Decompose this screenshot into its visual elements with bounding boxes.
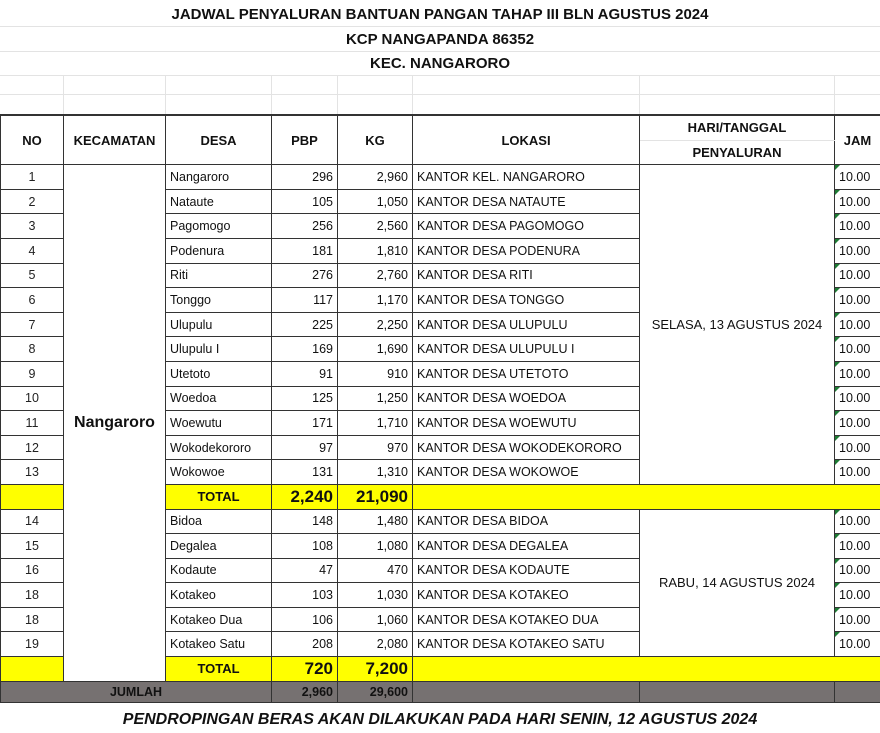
spreadsheet: JADWAL PENYALURAN BANTUAN PANGAN TAHAP I…: [0, 0, 880, 733]
lokasi-cell: KANTOR DESA ULUPULU: [413, 312, 640, 337]
jumlah-kg: 29,600: [338, 681, 413, 702]
date-cell: RABU, 14 AGUSTUS 2024: [640, 509, 835, 657]
lokasi-cell: KANTOR DESA KODAUTE: [413, 558, 640, 583]
row-no: 11: [1, 411, 64, 436]
lokasi-cell: KANTOR DESA KOTAKEO DUA: [413, 607, 640, 632]
desa-cell: Wokodekororo: [166, 435, 272, 460]
jam-cell: 10.00: [835, 165, 880, 190]
row-no: 13: [1, 460, 64, 485]
jam-cell: 10.00: [835, 238, 880, 263]
pbp-cell: 171: [272, 411, 338, 436]
jam-cell: 10.00: [835, 411, 880, 436]
lokasi-cell: KANTOR DESA UTETOTO: [413, 361, 640, 386]
desa-cell: Degalea: [166, 534, 272, 559]
lokasi-cell: KANTOR KEL. NANGARORO: [413, 165, 640, 190]
header-no: NO: [1, 115, 64, 165]
desa-cell: Ulupulu: [166, 312, 272, 337]
desa-cell: Bidoa: [166, 509, 272, 534]
kg-cell: 910: [338, 361, 413, 386]
grid-divider: [639, 75, 640, 114]
lokasi-cell: KANTOR DESA DEGALEA: [413, 534, 640, 559]
kg-cell: 2,960: [338, 165, 413, 190]
header-kg: KG: [338, 115, 413, 165]
kg-cell: 1,060: [338, 607, 413, 632]
kg-cell: 2,250: [338, 312, 413, 337]
pbp-cell: 225: [272, 312, 338, 337]
jam-cell: 10.00: [835, 583, 880, 608]
row-no: 8: [1, 337, 64, 362]
total-pbp: 720: [272, 657, 338, 682]
grand-total-row: JUMLAH2,96029,600: [1, 681, 880, 702]
jam-cell: 10.00: [835, 263, 880, 288]
kg-cell: 1,690: [338, 337, 413, 362]
desa-cell: Kotakeo: [166, 583, 272, 608]
row-no: 3: [1, 214, 64, 239]
jam-cell: 10.00: [835, 460, 880, 485]
total-label: TOTAL: [166, 484, 272, 509]
pbp-cell: 296: [272, 165, 338, 190]
lokasi-cell: KANTOR DESA PAGOMOGO: [413, 214, 640, 239]
pbp-cell: 208: [272, 632, 338, 657]
lokasi-cell: KANTOR DESA ULUPULU I: [413, 337, 640, 362]
kg-cell: 2,560: [338, 214, 413, 239]
lokasi-cell: KANTOR DESA WOKOWOE: [413, 460, 640, 485]
jumlah-filler: [640, 681, 835, 702]
pbp-cell: 125: [272, 386, 338, 411]
header-penyaluran: PENYALURAN: [640, 140, 835, 165]
pbp-cell: 117: [272, 288, 338, 313]
jumlah-filler: [835, 681, 880, 702]
sheet-title: JADWAL PENYALURAN BANTUAN PANGAN TAHAP I…: [0, 2, 880, 27]
row-no: 5: [1, 263, 64, 288]
grid-divider: [165, 75, 166, 114]
grid-divider: [63, 75, 64, 114]
lokasi-cell: KANTOR DESA BIDOA: [413, 509, 640, 534]
grid-divider: [271, 75, 272, 114]
row-no: 19: [1, 632, 64, 657]
jam-cell: 10.00: [835, 534, 880, 559]
total-kg: 7,200: [338, 657, 413, 682]
pbp-cell: 276: [272, 263, 338, 288]
total-filler: [413, 484, 880, 509]
row-no: 15: [1, 534, 64, 559]
desa-cell: Tonggo: [166, 288, 272, 313]
desa-cell: Woedoa: [166, 386, 272, 411]
sheet-subtitle: KCP NANGAPANDA 86352: [0, 27, 880, 52]
jam-cell: 10.00: [835, 435, 880, 460]
pbp-cell: 256: [272, 214, 338, 239]
jam-cell: 10.00: [835, 558, 880, 583]
table-row: 1NangaroroNangaroro2962,960KANTOR KEL. N…: [1, 165, 880, 190]
desa-cell: Podenura: [166, 238, 272, 263]
row-no: 10: [1, 386, 64, 411]
kg-cell: 1,030: [338, 583, 413, 608]
jam-cell: 10.00: [835, 214, 880, 239]
lokasi-cell: KANTOR DESA WOKODEKORORO: [413, 435, 640, 460]
header-desa: DESA: [166, 115, 272, 165]
lokasi-cell: KANTOR DESA NATAUTE: [413, 189, 640, 214]
jumlah-filler: [413, 681, 640, 702]
jam-cell: 10.00: [835, 337, 880, 362]
kg-cell: 1,080: [338, 534, 413, 559]
pbp-cell: 108: [272, 534, 338, 559]
desa-cell: Nataute: [166, 189, 272, 214]
pbp-cell: 97: [272, 435, 338, 460]
header-pbp: PBP: [272, 115, 338, 165]
row-no: 18: [1, 607, 64, 632]
desa-cell: Riti: [166, 263, 272, 288]
row-no: 18: [1, 583, 64, 608]
desa-cell: Nangaroro: [166, 165, 272, 190]
total-no-cell: [1, 484, 64, 509]
row-no: 2: [1, 189, 64, 214]
kg-cell: 1,170: [338, 288, 413, 313]
schedule-body: 1NangaroroNangaroro2962,960KANTOR KEL. N…: [1, 165, 880, 702]
desa-cell: Kodaute: [166, 558, 272, 583]
kg-cell: 1,050: [338, 189, 413, 214]
jam-cell: 10.00: [835, 509, 880, 534]
desa-cell: Wokowoe: [166, 460, 272, 485]
row-no: 9: [1, 361, 64, 386]
header-kecamatan: KECAMATAN: [64, 115, 166, 165]
kg-cell: 2,080: [338, 632, 413, 657]
lokasi-cell: KANTOR DESA WOEWUTU: [413, 411, 640, 436]
header-jam: JAM: [835, 115, 880, 165]
kg-cell: 1,310: [338, 460, 413, 485]
kg-cell: 2,760: [338, 263, 413, 288]
row-no: 4: [1, 238, 64, 263]
total-no-cell: [1, 657, 64, 682]
lokasi-cell: KANTOR DESA KOTAKEO SATU: [413, 632, 640, 657]
kg-cell: 1,480: [338, 509, 413, 534]
sheet-district: KEC. NANGARORO: [0, 51, 880, 76]
header-hari-tanggal: HARI/TANGGAL: [640, 115, 835, 140]
jam-cell: 10.00: [835, 607, 880, 632]
pbp-cell: 91: [272, 361, 338, 386]
pbp-cell: 181: [272, 238, 338, 263]
kg-cell: 1,250: [338, 386, 413, 411]
lokasi-cell: KANTOR DESA WOEDOA: [413, 386, 640, 411]
row-no: 12: [1, 435, 64, 460]
lokasi-cell: KANTOR DESA RITI: [413, 263, 640, 288]
kg-cell: 1,710: [338, 411, 413, 436]
total-filler: [413, 657, 880, 682]
kg-cell: 1,810: [338, 238, 413, 263]
desa-cell: Kotakeo Satu: [166, 632, 272, 657]
row-no: 7: [1, 312, 64, 337]
lokasi-cell: KANTOR DESA KOTAKEO: [413, 583, 640, 608]
empty-row-divider: [0, 94, 880, 95]
grid-divider: [412, 75, 413, 114]
header-lokasi: LOKASI: [413, 115, 640, 165]
desa-cell: Woewutu: [166, 411, 272, 436]
total-label: TOTAL: [166, 657, 272, 682]
desa-cell: Utetoto: [166, 361, 272, 386]
jam-cell: 10.00: [835, 632, 880, 657]
schedule-table: NO KECAMATAN DESA PBP KG LOKASI HARI/TAN…: [0, 114, 880, 703]
pbp-cell: 131: [272, 460, 338, 485]
pbp-cell: 103: [272, 583, 338, 608]
footer-note: PENDROPINGAN BERAS AKAN DILAKUKAN PADA H…: [0, 707, 880, 733]
desa-cell: Kotakeo Dua: [166, 607, 272, 632]
grid-divider: [337, 75, 338, 114]
pbp-cell: 105: [272, 189, 338, 214]
pbp-cell: 148: [272, 509, 338, 534]
desa-cell: Pagomogo: [166, 214, 272, 239]
lokasi-cell: KANTOR DESA TONGGO: [413, 288, 640, 313]
date-cell: SELASA, 13 AGUSTUS 2024: [640, 165, 835, 485]
total-pbp: 2,240: [272, 484, 338, 509]
jam-cell: 10.00: [835, 312, 880, 337]
jam-cell: 10.00: [835, 189, 880, 214]
jumlah-pbp: 2,960: [272, 681, 338, 702]
row-no: 1: [1, 165, 64, 190]
desa-cell: Ulupulu I: [166, 337, 272, 362]
pbp-cell: 106: [272, 607, 338, 632]
grid-divider: [834, 75, 835, 114]
jam-cell: 10.00: [835, 361, 880, 386]
kecamatan-cell: Nangaroro: [64, 165, 166, 681]
row-no: 16: [1, 558, 64, 583]
jam-cell: 10.00: [835, 386, 880, 411]
lokasi-cell: KANTOR DESA PODENURA: [413, 238, 640, 263]
jam-cell: 10.00: [835, 288, 880, 313]
row-no: 14: [1, 509, 64, 534]
total-kg: 21,090: [338, 484, 413, 509]
kg-cell: 470: [338, 558, 413, 583]
pbp-cell: 47: [272, 558, 338, 583]
row-no: 6: [1, 288, 64, 313]
jumlah-label: JUMLAH: [1, 681, 272, 702]
kg-cell: 970: [338, 435, 413, 460]
pbp-cell: 169: [272, 337, 338, 362]
